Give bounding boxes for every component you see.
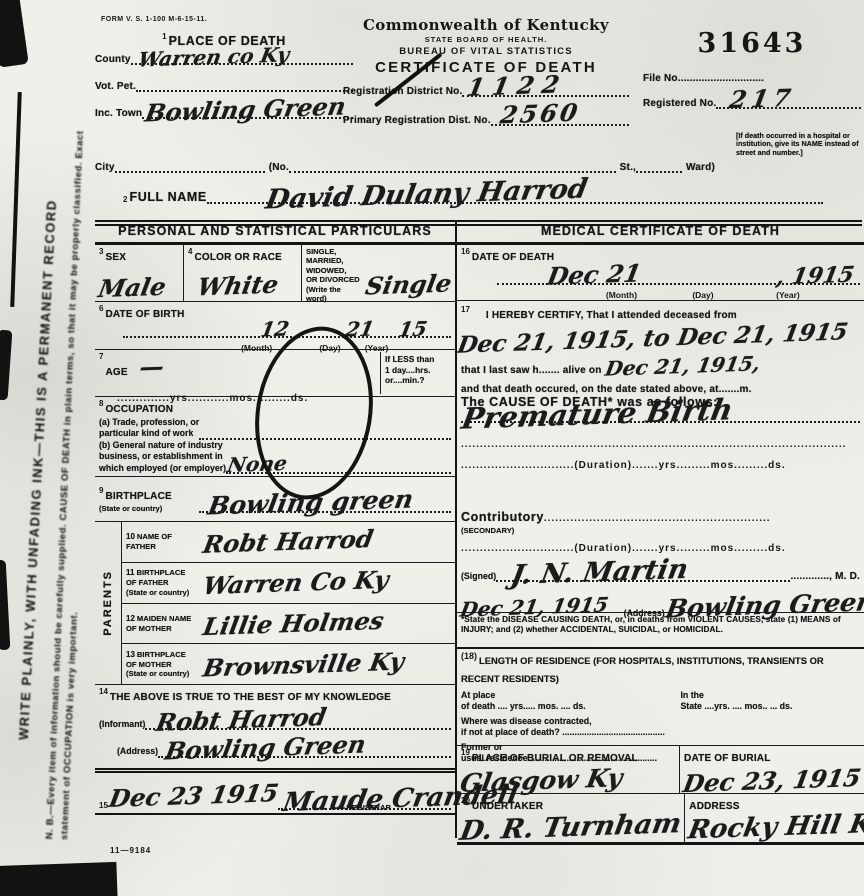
field-number: 6 bbox=[99, 304, 103, 313]
registration-district-line: 1122 bbox=[462, 91, 629, 97]
file-no-label: File No............................. bbox=[643, 73, 764, 84]
informant-label: (Informant) bbox=[99, 719, 145, 730]
parents-section: PARENTS 10NAME OF FATHER Robt Harrod 11B… bbox=[95, 522, 455, 685]
field-number: 17 bbox=[461, 305, 470, 314]
city-label: City bbox=[95, 162, 115, 173]
county-value-handwriting: Warren co Ky bbox=[136, 42, 291, 71]
certify-intro: I HEREBY CERTIFY, That I attended deceas… bbox=[486, 310, 737, 321]
ink-line-left-edge bbox=[10, 92, 22, 307]
street-label: St., bbox=[620, 162, 636, 173]
race-label: COLOR OR RACE bbox=[194, 252, 282, 263]
city-row: City (No. St., Ward) bbox=[95, 162, 715, 173]
age-less-than-note: If LESS than 1 day....hrs. or....min.? bbox=[380, 352, 451, 394]
birthplace-label: BIRTHPLACE bbox=[105, 491, 171, 502]
undertaker-address-value-handwriting: Rocky Hill Ky bbox=[686, 809, 864, 846]
signed-line: J. N. Martin bbox=[496, 576, 790, 582]
informant-statement-label: THE ABOVE IS TRUE TO THE BEST OF MY KNOW… bbox=[110, 692, 391, 703]
undertaker-row: 20UNDERTAKER D. R. Turnham ADDRESS Rocky… bbox=[457, 794, 864, 845]
age-label: AGE bbox=[105, 367, 127, 378]
place-of-burial-field: 19PLACE OF BURIAL OR REMOVAL Glasgow Ky bbox=[457, 746, 679, 793]
form-number-top: FORM V. S. 1-100 M-6-15-11. bbox=[101, 16, 207, 23]
primary-registration-label: Primary Registration Dist. No. bbox=[343, 115, 491, 126]
signed-label: (Signed) bbox=[461, 571, 496, 582]
field-number: 3 bbox=[99, 247, 103, 256]
county-label: County bbox=[95, 54, 131, 65]
hospital-note: [If death occurred in a hospital or inst… bbox=[736, 132, 862, 157]
field-number: 2 bbox=[123, 195, 127, 204]
birthplace-line: Bowling green bbox=[199, 507, 451, 513]
date-of-burial-field: DATE OF BURIAL Dec 23, 1915 bbox=[679, 746, 864, 793]
father-birthplace-label: BIRTHPLACE OF FATHER (State or country) bbox=[126, 568, 189, 596]
dod-day-caption: (Day) bbox=[692, 290, 713, 300]
certify-dates-handwriting: Dec 21, 1915, to Dec 21, 1915 bbox=[455, 318, 850, 358]
cause-of-death-section: The CAUSE OF DEATH* was as follows: Prem… bbox=[457, 393, 864, 506]
dob-line: 12 21 15 bbox=[123, 332, 451, 338]
field-number: 19 bbox=[461, 748, 470, 757]
field-number: 4 bbox=[188, 247, 192, 256]
form-number-bottom: 11—9184 bbox=[110, 846, 151, 855]
cause-duration-line: ..............................(Duration)… bbox=[461, 460, 860, 471]
contributory-duration-line: ..............................(Duration)… bbox=[461, 543, 860, 554]
field-number: 8 bbox=[99, 399, 103, 408]
race-field: 4COLOR OR RACE White bbox=[183, 245, 301, 301]
residence-in-state: In the State ....yrs. .... mos.. ... ds. bbox=[680, 690, 792, 713]
medical-certificate-column: MEDICAL CERTIFICATE OF DEATH 16DATE OF D… bbox=[455, 220, 864, 838]
date-of-death-value-handwriting: Dec 21 bbox=[545, 258, 643, 290]
informant-address-label: (Address) bbox=[117, 746, 158, 757]
footnote-section: *State the DISEASE CAUSING DEATH, or, in… bbox=[457, 613, 864, 649]
mother-maiden-name-label: MAIDEN NAME OF MOTHER bbox=[126, 614, 191, 633]
father-birthplace-row: 11BIRTHPLACE OF FATHER (State or country… bbox=[122, 562, 455, 603]
city-line bbox=[115, 167, 265, 173]
sex-race-marital-row: 3SEX Male 4COLOR OR RACE White SINGLE, M… bbox=[95, 245, 455, 302]
informant-address-value-handwriting: Bowling Green bbox=[163, 729, 368, 765]
age-value-handwriting: — bbox=[138, 352, 167, 382]
inc-town-label: Inc. Town bbox=[95, 108, 142, 119]
death-certificate-scan: WRITE PLAINLY, WITH UNFADING INK—THIS IS… bbox=[0, 0, 864, 896]
date-of-birth-row: 6DATE OF BIRTH 12 21 15 (Month) (Day) (Y… bbox=[95, 302, 455, 350]
residence-at-place: At place of death .... yrs..... mos. ...… bbox=[461, 690, 680, 713]
filed-registrar-row: 15 Dec 23 1915 Maude Crandell REGISTRAR bbox=[95, 773, 455, 815]
certify-section: 17I HEREBY CERTIFY, That I attended dece… bbox=[457, 301, 864, 393]
date-of-death-year-handwriting: , 1915 bbox=[775, 262, 857, 291]
date-of-burial-value-handwriting: Dec 23, 1915 bbox=[681, 763, 863, 798]
vot-pet-label: Vot. Pet. bbox=[95, 81, 136, 92]
sex-label: SEX bbox=[105, 252, 126, 263]
place-of-death-block: 1PLACE OF DEATH County Warren co Ky Vot.… bbox=[95, 32, 353, 119]
field-number: 11 bbox=[126, 568, 134, 577]
residence-section: (18)LENGTH OF RESIDENCE (FOR HOSPITALS, … bbox=[457, 649, 864, 746]
filed-date-handwriting: Dec 23 1915 bbox=[107, 778, 281, 813]
state-board-subtitle: STATE BOARD OF HEALTH. bbox=[343, 35, 629, 44]
mother-birthplace-row: 13BIRTHPLACE OF MOTHER (State or country… bbox=[122, 643, 455, 684]
cause-footnote: *State the DISEASE CAUSING DEATH, or, in… bbox=[461, 615, 860, 636]
father-birthplace-value-handwriting: Warren Co Ky bbox=[201, 565, 391, 600]
occupation-line-b: (b) General nature of industry business,… bbox=[99, 440, 226, 474]
dob-month-handwriting: 12 bbox=[259, 317, 291, 342]
undertaker-field: 20UNDERTAKER D. R. Turnham bbox=[457, 794, 684, 842]
dob-year-handwriting: 15 bbox=[396, 317, 428, 342]
commonwealth-title: Commonwealth of Kentucky bbox=[343, 16, 629, 34]
undertaker-address-field: ADDRESS Rocky Hill Ky bbox=[684, 794, 864, 842]
ink-blob-left-low bbox=[0, 560, 10, 651]
registered-no-value-handwriting: 217 bbox=[728, 83, 799, 114]
undertaker-label: UNDERTAKER bbox=[472, 801, 543, 812]
undertaker-value-handwriting: D. R. Turnham bbox=[458, 808, 684, 847]
field-number: 14 bbox=[99, 687, 108, 696]
sex-field: 3SEX Male bbox=[95, 245, 183, 301]
street-no-label: (No. bbox=[269, 162, 289, 173]
field-number: 10 bbox=[126, 532, 135, 541]
medical-section-title: MEDICAL CERTIFICATE OF DEATH bbox=[457, 220, 864, 245]
full-name-value-handwriting: David Dulany Harrod bbox=[263, 173, 590, 215]
last-saw-label: that I last saw h....... alive on bbox=[461, 365, 602, 376]
burial-row: 19PLACE OF BURIAL OR REMOVAL Glasgow Ky … bbox=[457, 746, 864, 794]
cause-line: Premature Birth bbox=[461, 417, 860, 423]
full-name-line: David Dulany Harrod bbox=[207, 198, 823, 204]
md-suffix: ............., M. D. bbox=[790, 571, 860, 582]
ink-bar-bottom-left bbox=[0, 862, 118, 896]
mother-birthplace-label: BIRTHPLACE OF MOTHER (State or country) bbox=[126, 650, 189, 678]
cause-filler-dots: ........................................… bbox=[461, 439, 860, 450]
street-no-line bbox=[289, 167, 616, 173]
date-of-death-label: DATE OF DEATH bbox=[472, 252, 554, 263]
personal-particulars-column: PERSONAL AND STATISTICAL PARTICULARS 3SE… bbox=[95, 220, 455, 812]
primary-registration-line: 2560 bbox=[491, 120, 629, 126]
date-of-burial-label: DATE OF BURIAL bbox=[684, 753, 771, 764]
certificate-number: 31643 bbox=[643, 28, 861, 59]
place-of-burial-value-handwriting: Glasgow Ky bbox=[458, 763, 625, 798]
bureau-subtitle: BUREAU OF VITAL STATISTICS bbox=[343, 46, 629, 57]
occupation-line-a: (a) Trade, profession, or particular kin… bbox=[99, 417, 199, 440]
street-line bbox=[636, 167, 682, 173]
race-value-handwriting: White bbox=[195, 270, 281, 302]
contributory-dots: ........................................… bbox=[544, 513, 771, 524]
undertaker-address-label: ADDRESS bbox=[689, 801, 739, 812]
informant-line: Robt Harrod bbox=[145, 724, 451, 730]
marital-value-handwriting: Single bbox=[363, 269, 454, 301]
field-number: 13 bbox=[126, 650, 135, 659]
ink-blob-left-mid bbox=[0, 330, 12, 401]
date-of-death-row: 16DATE OF DEATH Dec 21 , 1915 (Month) (D… bbox=[457, 245, 864, 301]
residence-contracted: Where was disease contracted, if not at … bbox=[461, 716, 860, 739]
personal-section-title: PERSONAL AND STATISTICAL PARTICULARS bbox=[95, 220, 455, 245]
full-name-label: FULL NAME bbox=[129, 190, 206, 204]
secondary-caption: (SECONDARY) bbox=[461, 526, 860, 535]
dod-year-caption: (Year) bbox=[776, 290, 800, 300]
county-line: Warren co Ky bbox=[131, 59, 353, 65]
dob-label: DATE OF BIRTH bbox=[105, 309, 184, 320]
marital-label: SINGLE, MARRIED, WIDOWED, OR DIVORCED (W… bbox=[306, 247, 362, 304]
dod-month-caption: (Month) bbox=[606, 290, 637, 300]
ink-blob-top-left bbox=[0, 0, 29, 68]
occupation-label: OCCUPATION bbox=[105, 404, 173, 415]
field-number: 1 bbox=[162, 32, 166, 41]
inc-town-value-handwriting: Bowling Green bbox=[143, 92, 348, 128]
registration-district-label: Registration District No. bbox=[343, 86, 462, 97]
field-number: 9 bbox=[99, 486, 103, 495]
parents-label-text: PARENTS bbox=[102, 570, 114, 636]
place-of-burial-label: PLACE OF BURIAL OR REMOVAL bbox=[472, 753, 638, 764]
signed-section: (Signed) J. N. Martin ............., M. … bbox=[457, 569, 864, 613]
date-of-death-line: Dec 21 , 1915 bbox=[497, 279, 860, 285]
mother-maiden-name-value-handwriting: Lillie Holmes bbox=[201, 606, 386, 641]
certificate-header: FORM V. S. 1-100 M-6-15-11. 1PLACE OF DE… bbox=[95, 14, 862, 226]
vot-pet-line bbox=[136, 86, 353, 92]
state-org-block: Commonwealth of Kentucky STATE BOARD OF … bbox=[343, 16, 629, 126]
residence-label: LENGTH OF RESIDENCE (FOR HOSPITALS, INST… bbox=[461, 655, 824, 684]
field-number: 7 bbox=[99, 352, 103, 361]
field-number: (18) bbox=[461, 651, 477, 661]
full-name-row: 2 FULL NAME David Dulany Harrod bbox=[123, 190, 823, 204]
registrar-caption: REGISTRAR bbox=[346, 803, 391, 812]
mother-maiden-name-row: 12MAIDEN NAME OF MOTHER Lillie Holmes bbox=[122, 603, 455, 644]
father-name-value-handwriting: Robt Harrod bbox=[201, 524, 376, 559]
registered-no-label: Registered No. bbox=[643, 98, 716, 109]
parents-vertical-label: PARENTS bbox=[95, 522, 122, 684]
field-number: 20 bbox=[461, 796, 470, 805]
informant-address-line: Bowling Green bbox=[158, 752, 451, 758]
sex-value-handwriting: Male bbox=[96, 272, 168, 303]
ward-label: Ward) bbox=[686, 162, 715, 173]
contributory-label: Contributory bbox=[461, 510, 544, 524]
physician-signature-handwriting: J. N. Martin bbox=[509, 554, 691, 591]
inc-town-line: Bowling Green bbox=[142, 113, 353, 119]
last-saw-date-handwriting: Dec 21, 1915, bbox=[603, 351, 762, 380]
birthplace-sub-label: (State or country) bbox=[99, 504, 199, 513]
mother-birthplace-value-handwriting: Brownsville Ky bbox=[201, 646, 407, 682]
informant-section: 14THE ABOVE IS TRUE TO THE BEST OF MY KN… bbox=[95, 685, 455, 773]
registration-district-value-handwriting: 1122 bbox=[466, 69, 571, 101]
marital-field: SINGLE, MARRIED, WIDOWED, OR DIVORCED (W… bbox=[301, 245, 455, 301]
field-number: 12 bbox=[126, 614, 135, 623]
file-registration-block: 31643 File No...........................… bbox=[643, 28, 861, 109]
registered-no-line: 217 bbox=[716, 103, 861, 109]
father-name-row: 10NAME OF FATHER Robt Harrod bbox=[122, 522, 455, 562]
field-number: 16 bbox=[461, 247, 470, 256]
primary-registration-value-handwriting: 2560 bbox=[498, 98, 582, 130]
